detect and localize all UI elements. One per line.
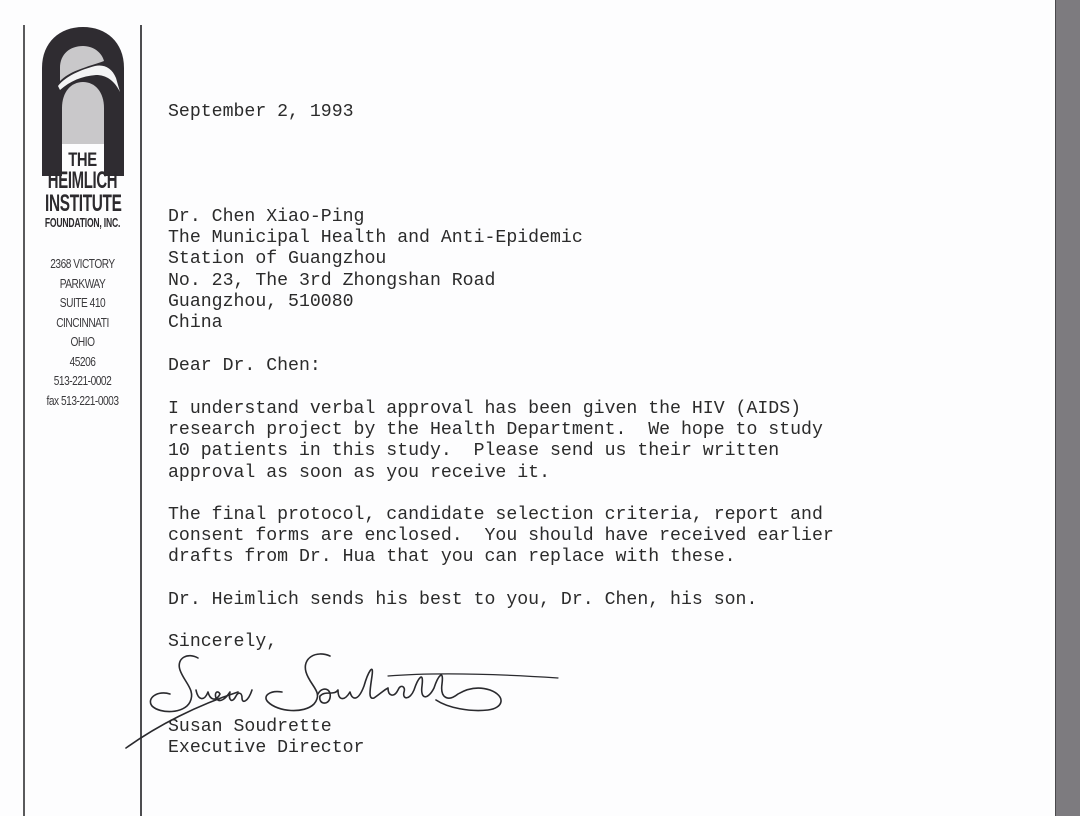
letter-date: September 2, 1993 (168, 102, 354, 123)
margin-rule-left (23, 25, 25, 816)
recipient-address: Dr. Chen Xiao-Ping The Municipal Health … (168, 207, 583, 334)
paragraph-line: consent forms are enclosed. You should h… (168, 526, 834, 547)
signature-block: Susan Soudrette Executive Director (168, 717, 364, 759)
org-name-institute: INSTITUTE (45, 193, 120, 215)
paragraph-3: Dr. Heimlich sends his best to you, Dr. … (168, 590, 757, 611)
address-line: CINCINNATI (21, 313, 143, 333)
paragraph-line: research project by the Health Departmen… (168, 420, 823, 441)
phone-number: 513-221-0002 (21, 371, 143, 391)
address-line: 45206 (21, 352, 143, 372)
signer-name: Susan Soudrette (168, 717, 364, 738)
paragraph-line: approval as soon as you receive it. (168, 463, 823, 484)
salutation: Dear Dr. Chen: (168, 356, 321, 377)
recipient-line: Guangzhou, 510080 (168, 292, 583, 313)
paragraph-line: drafts from Dr. Hua that you can replace… (168, 547, 834, 568)
address-line: PARKWAY (21, 274, 143, 294)
recipient-line: No. 23, The 3rd Zhongshan Road (168, 271, 583, 292)
org-name-foundation: FOUNDATION, INC. (31, 215, 135, 230)
recipient-line: The Municipal Health and Anti-Epidemic (168, 228, 583, 249)
paragraph-line: I understand verbal approval has been gi… (168, 399, 823, 420)
paragraph-2: The final protocol, candidate selection … (168, 505, 834, 569)
signer-title: Executive Director (168, 738, 364, 759)
recipient-line: Dr. Chen Xiao-Ping (168, 207, 583, 228)
paragraph-line: The final protocol, candidate selection … (168, 505, 834, 526)
recipient-line: China (168, 313, 583, 334)
org-name: THE HEIMLICH INSTITUTE FOUNDATION, INC. (24, 152, 141, 230)
paragraph-1: I understand verbal approval has been gi… (168, 399, 823, 484)
letterhead-address: 2368 VICTORY PARKWAY SUITE 410 CINCINNAT… (24, 254, 141, 410)
address-line: 2368 VICTORY (21, 254, 143, 274)
fax-number: fax 513-221-0003 (21, 391, 143, 411)
address-line: OHIO (21, 332, 143, 352)
paragraph-line: Dr. Heimlich sends his best to you, Dr. … (168, 590, 757, 611)
recipient-line: Station of Guangzhou (168, 249, 583, 270)
scan-edge-band (1055, 0, 1080, 816)
paragraph-line: 10 patients in this study. Please send u… (168, 441, 823, 462)
address-line: SUITE 410 (21, 293, 143, 313)
